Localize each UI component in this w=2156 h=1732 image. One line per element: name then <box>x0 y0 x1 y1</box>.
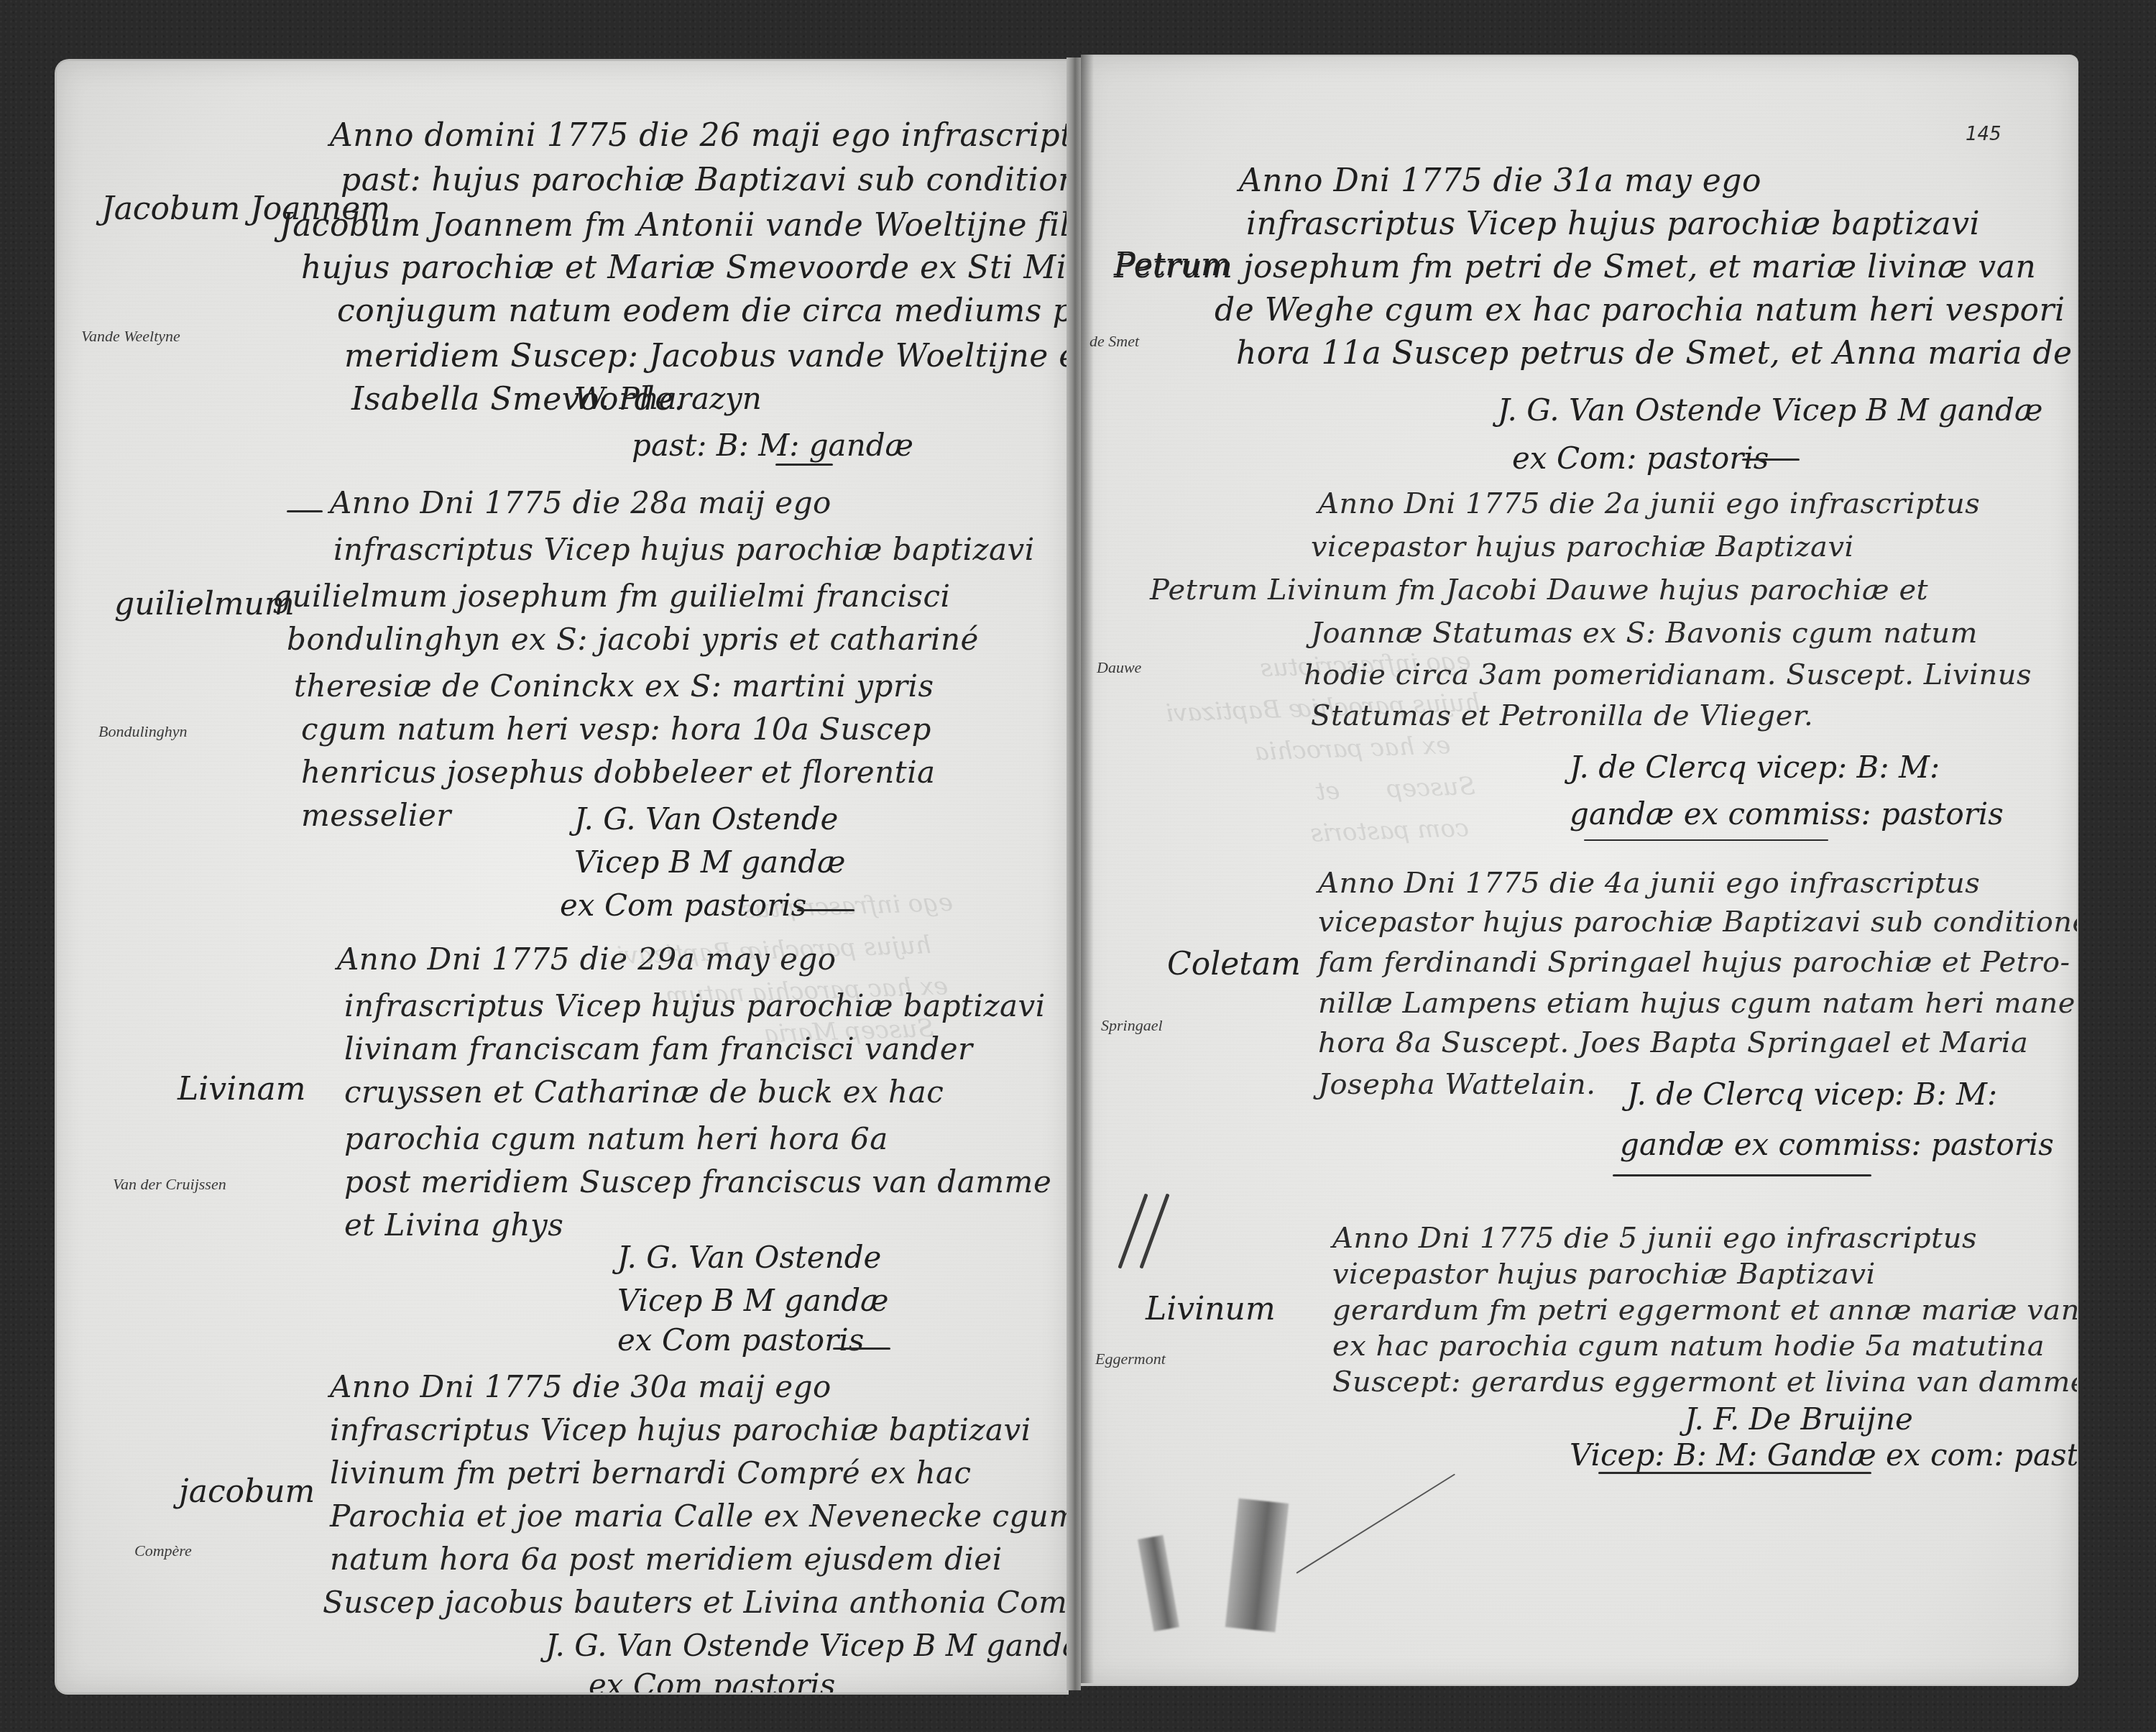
entry-start-dash <box>287 510 323 512</box>
entry-line: hora 11a Suscep petrus de Smet, et Anna … <box>1236 335 2078 372</box>
margin-baptized-name: Livinam <box>178 1071 306 1107</box>
signature-line: Vicep B M gandæ <box>574 844 846 880</box>
entry-line: post meridiem Suscep franciscus van damm… <box>344 1164 1051 1199</box>
margin-surname-note: Eggermont <box>1095 1350 1166 1368</box>
entry-line: Anno Dni 1775 die 4a junii ego infrascri… <box>1318 867 1980 900</box>
entry-line: Anno Dni 1775 die 29a may ego <box>337 941 837 977</box>
signature-line: J. F. De Bruijne <box>1685 1401 1913 1437</box>
margin-baptized-name: jacobum <box>179 1473 315 1510</box>
entry-line: infrascriptus Vicep hujus parochiæ bapti… <box>333 532 1035 567</box>
entry-line: Anno Dni 1775 die 31a may ego <box>1239 162 1761 199</box>
entry-line: Anno Dni 1775 die 2a junii ego infrascri… <box>1318 487 1980 520</box>
divider-flourish <box>833 1348 890 1350</box>
entry-line: messelier <box>301 798 451 833</box>
entry-line: Suscept: gerardus eggermont et livina va… <box>1332 1365 2078 1399</box>
entry-line: natum hora 6a post meridiem ejusdem diei <box>330 1542 1003 1577</box>
entry-line: nillæ Lampens etiam hujus cgum natam her… <box>1318 987 2076 1020</box>
entry-line: Jacobum Joannem fm Antonii vande Woeltij… <box>280 207 1069 244</box>
signature-line: Vicep: B: M: Gandæ ex com: pastoris <box>1570 1437 2078 1473</box>
entry-line: parochia cgum natum heri hora 6a <box>344 1121 888 1156</box>
entry-line: fam ferdinandi Springael hujus parochiæ … <box>1318 946 2070 979</box>
entry-line: Josepha Wattelain. <box>1318 1068 1595 1101</box>
signature-line: past: B: M: gandæ <box>632 428 913 463</box>
signature-line: ex Com pastoris <box>560 888 806 923</box>
entry-line: infrascriptus Vicep hujus parochiæ bapti… <box>330 1412 1031 1447</box>
entry-line: conjugum natum eodem die circa mediums p… <box>337 292 1069 329</box>
margin-baptized-name: guilielmum <box>114 586 295 622</box>
entry-line: Statumas et Petronilla de Vlieger. <box>1311 699 1813 732</box>
entry-line: gerardum fm petri eggermont et annæ mari… <box>1332 1294 2078 1327</box>
entry-line: Parochia et joe maria Calle ex Nevenecke… <box>330 1498 1069 1534</box>
entry-line: Joannæ Statumas ex S: Bavonis cgum natum <box>1311 617 1978 650</box>
entry-line: Anno domini 1775 die 26 maji ego infrasc… <box>330 117 1069 154</box>
entry-line: cgum natum heri vesp: hora 10a Suscep <box>301 711 931 747</box>
entry-line: bondulinghyn ex S: jacobi ypris et catha… <box>287 622 979 657</box>
divider-flourish <box>1584 839 1828 841</box>
entry-line: hodie circa 3am pomeridianam. Suscept. L… <box>1304 658 2032 691</box>
entry-line: infrascriptus Vicep hujus parochiæ bapti… <box>1246 206 1980 242</box>
pencil-stroke <box>1296 1473 1455 1573</box>
entry-line: Anno Dni 1775 die 28a maij ego <box>330 485 831 520</box>
signature-line: Vicep B M gandæ <box>617 1283 889 1318</box>
entry-line: hujus parochiæ et Mariæ Smevoorde ex Sti… <box>301 249 1069 286</box>
signature-line: ex Com pastoris <box>589 1667 835 1695</box>
entry-line: henricus josephus dobbeleer et florentia <box>301 755 936 790</box>
signature-line: J. G. Van Ostende <box>574 801 838 837</box>
entry-line: livinum fm petri bernardi Compré ex hac <box>330 1455 972 1491</box>
entry-line: ex hac parochia cgum natum hodie 5a matu… <box>1332 1330 2045 1363</box>
signature-line: W. Pharazyn <box>574 381 762 416</box>
entry-line: hora 8a Suscept. Joes Bapta Springael et… <box>1318 1026 2028 1059</box>
divider-flourish <box>775 464 833 466</box>
entry-line: guilielmum josephum fm guilielmi francis… <box>272 579 950 614</box>
folio-number: 145 <box>1966 124 2001 145</box>
ink-blot <box>1225 1498 1289 1632</box>
entry-line: livinam franciscam fam francisci vander <box>344 1031 973 1067</box>
divider-flourish <box>1598 1472 1871 1474</box>
margin-surname-note: Vande Weeltyne <box>81 327 180 346</box>
margin-surname-note: Bondulinghyn <box>98 722 187 741</box>
entry-line: vicepastor hujus parochiæ Baptizavi sub … <box>1318 906 2078 939</box>
signature-line: J. G. Van Ostende Vicep B M gandæ <box>545 1628 1069 1663</box>
entry-line: Anno Dni 1775 die 5 junii ego infrascrip… <box>1332 1222 1977 1255</box>
signature-line: J. de Clercq vicep: B: M: <box>1570 750 1940 785</box>
entry-line: cruyssen et Catharinæ de buck ex hac <box>344 1074 944 1110</box>
divider-flourish <box>797 909 854 911</box>
entry-line: meridiem Suscep: Jacobus vande Woeltijne… <box>344 338 1069 374</box>
divider-flourish <box>1742 459 1800 461</box>
signature-line: gandæ ex commiss: pastoris <box>1620 1127 2054 1162</box>
divider-flourish <box>1613 1174 1871 1176</box>
entry-line: Petrum Livinum fm Jacobi Dauwe hujus par… <box>1150 574 1928 607</box>
entry-line: vicepastor hujus parochiæ Baptizavi <box>1311 530 1854 563</box>
ink-blot <box>1138 1535 1179 1631</box>
signature-line: gandæ ex commiss: pastoris <box>1570 796 2004 832</box>
entry-line: et Livina ghys <box>344 1207 563 1243</box>
margin-surname-note: de Smet <box>1089 332 1139 351</box>
entry-line: theresiæ de Coninckx ex S: martini ypris <box>294 668 934 704</box>
entry-line: Suscep jacobus bauters et Livina anthoni… <box>323 1585 1069 1620</box>
entry-line: infrascriptus Vicep hujus parochiæ bapti… <box>344 988 1046 1023</box>
signature-line: J. G. Van Ostende <box>617 1240 881 1275</box>
signature-line: J. de Clercq vicep: B: M: <box>1627 1077 1997 1112</box>
entry-line: Anno Dni 1775 die 30a maij ego <box>330 1369 831 1404</box>
margin-surname-note: Van der Cruijssen <box>113 1175 226 1194</box>
signature-line: ex Com pastoris <box>617 1322 864 1358</box>
gutter-shadow <box>1081 55 1094 1683</box>
entry-line: vicepastor hujus parochiæ Baptizavi <box>1332 1258 1876 1291</box>
signature-line: J. G. Van Ostende Vicep B M gandæ <box>1498 392 2042 428</box>
margin-surname-note: Compère <box>134 1542 192 1560</box>
right-page: ego infrascriptus hujus parochiæ Baptiza… <box>1081 55 2078 1686</box>
left-page: ego infrascriptus hujus parochiæ Baptiza… <box>55 59 1069 1695</box>
signature-line: ex Com: pastoris <box>1512 441 1769 476</box>
entry-line: Petrum josephum fm petri de Smet, et mar… <box>1114 249 2036 285</box>
margin-surname-note: Springael <box>1101 1016 1163 1035</box>
open-register-book: ego infrascriptus hujus parochiæ Baptiza… <box>0 0 2156 1732</box>
book-gutter <box>1067 57 1081 1690</box>
margin-baptized-name: Livinum <box>1146 1291 1276 1327</box>
margin-baptized-name: Coletam <box>1167 946 1301 982</box>
margin-surname-note: Dauwe <box>1097 658 1141 677</box>
entry-line: past: hujus parochiæ Baptizavi sub condi… <box>341 162 1069 198</box>
entry-line: de Weghe cgum ex hac parochia natum heri… <box>1215 292 2065 328</box>
